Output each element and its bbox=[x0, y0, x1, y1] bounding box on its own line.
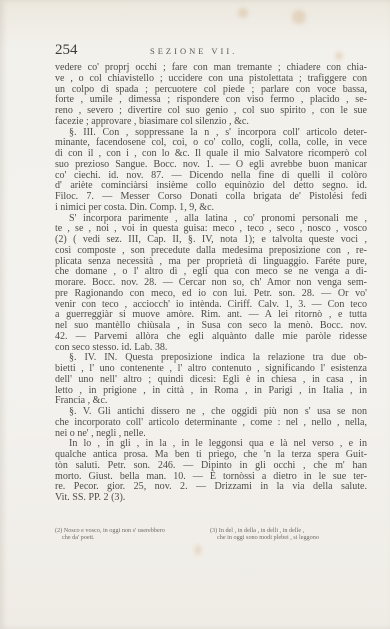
footnote-line: che da' poeti. bbox=[55, 534, 205, 541]
text-line: facezie ; approvare , biasimare col sile… bbox=[55, 117, 367, 128]
text-line: ve , o col chiavistello ; uccidere con u… bbox=[55, 74, 367, 85]
body-text: vedere co' proprj occhi ; fare con man t… bbox=[55, 63, 367, 504]
foxing-stain bbox=[238, 8, 248, 18]
footnote-line: (2) Nosco e vosco, in oggi non s' usereb… bbox=[55, 527, 205, 534]
footnote-line: (3) In del , in della , in delli , in de… bbox=[210, 527, 367, 534]
book-page: 254 SEZIONE VII. vedere co' proprj occhi… bbox=[0, 0, 390, 629]
text-line: così composte , son precedute dalla mede… bbox=[55, 246, 367, 257]
text-line: 42. — Parvemi allòra che egli alquànto d… bbox=[55, 332, 367, 343]
text-line: pre Ragionando con meco, ed io con lui. … bbox=[55, 289, 367, 300]
text-line: dell' uno nell' altro ; quindi dicesi: E… bbox=[55, 375, 367, 386]
text-line: Vit. SS. PP. 2 (3). bbox=[55, 493, 367, 504]
running-head: SEZIONE VII. bbox=[150, 46, 237, 56]
page-number: 254 bbox=[55, 42, 78, 59]
text-line: tòn saluti. Petr. son. 246. — Dipinto in… bbox=[55, 461, 367, 472]
footnote-3: (3) In del , in della , in delli , in de… bbox=[210, 527, 367, 541]
text-line: i nimici per costa. Din. Comp. 1, 9, &c. bbox=[55, 203, 367, 214]
foxing-stain bbox=[195, 545, 201, 555]
foxing-stain bbox=[292, 10, 306, 24]
text-line: che incorporato coll' articolo determina… bbox=[55, 418, 367, 429]
text-line: suo prezioso Sangue. Bocc. nov. 1. — O e… bbox=[55, 160, 367, 171]
footnote-line: che in oggi sono modi plebei , si leggon… bbox=[210, 534, 367, 541]
footnote-2: (2) Nosco e vosco, in oggi non s' usereb… bbox=[55, 527, 205, 541]
page-header: 254 SEZIONE VII. bbox=[55, 42, 367, 58]
